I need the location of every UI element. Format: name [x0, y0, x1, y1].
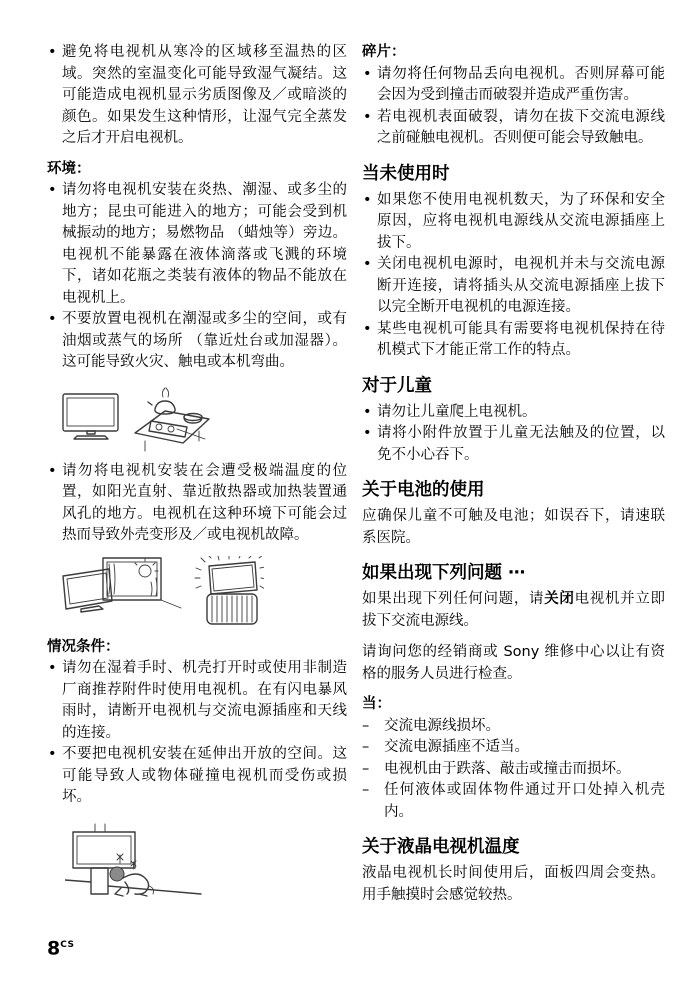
when-not-in-use-heading: 当未使用时 [362, 163, 665, 185]
when-heading: 当： [362, 694, 665, 716]
dash-item-1: 交流电源线损坏。 [362, 716, 665, 738]
battery-use-text: 应确保儿童不可触及电池；如误吞下，请速联系医院。 [362, 506, 665, 549]
page-number-value: 8 [47, 937, 60, 959]
tv-next-to-stove-illustration [59, 383, 347, 453]
bullet-condensation: 避免将电视机从寒冷的区域移至温热的区域。突然的室温变化可能导致湿气凝结。这可能造… [47, 42, 347, 150]
for-children-heading: 对于儿童 [362, 375, 665, 397]
lcd-temperature-heading: 关于液晶电视机温度 [362, 836, 665, 858]
conditions-list: 请勿在湿着手时、机壳打开时或使用非制造厂商推荐附件时使用电视机。在有闪电暴风雨时… [47, 658, 347, 809]
lcd-temperature-text: 液晶电视机长时间使用后，面板四周会变热。用手触摸时会感觉较热。 [362, 863, 665, 906]
when-list: 交流电源线损坏。 交流电源插座不适当。 电视机由于跌落、敲击或撞击而损坏。 任何… [362, 716, 665, 824]
environment-list: 请勿将电视机安装在炎热、潮湿、或多尘的地方；昆虫可能进入的地方；可能会受到机械振… [47, 180, 347, 374]
environment-heading: 环境： [47, 159, 347, 181]
for-children-list: 请勿让儿童爬上电视机。 请将小附件放置于儿童无法触及的位置，以免不小心吞下。 [362, 402, 665, 467]
problems-contact-text: 请询问您的经销商或 Sony 维修中心以让有资格的服务人员进行检查。 [362, 642, 665, 685]
bullet-conditions-2: 不要把电视机安装在延伸出开放的空间。这可能导致人或物体碰撞电视机而受伤或损坏。 [47, 744, 347, 809]
bullet-children-1: 请勿让儿童爬上电视机。 [362, 402, 665, 424]
manual-page: 避免将电视机从寒冷的区域移至温热的区域。突然的室温变化可能导致湿气凝结。这可能造… [47, 42, 665, 994]
problems-intro-bold: 关闭 [544, 591, 574, 607]
heat-list: 请勿将电视机安装在会遭受极端温度的位置，如阳光直射、靠近散热器或加热装置通风孔的… [47, 461, 347, 547]
left-column: 避免将电视机从寒冷的区域移至温热的区域。突然的室温变化可能导致湿气凝结。这可能造… [47, 42, 347, 994]
fragments-heading: 碎片： [362, 42, 665, 64]
bullet-conditions-1: 请勿在湿着手时、机壳打开时或使用非制造厂商推荐附件时使用电视机。在有闪电暴风雨时… [47, 658, 347, 744]
problems-heading: 如果出现下列问题 ⋯ [362, 562, 665, 584]
bullet-children-2: 请将小附件放置于儿童无法触及的位置，以免不小心吞下。 [362, 423, 665, 466]
battery-use-heading: 关于电池的使用 [362, 479, 665, 501]
bullet-unused-3: 某些电视机可能具有需要将电视机保持在待机模式下才能正常工作的特点。 [362, 319, 665, 362]
page-language-code: CS [60, 940, 74, 950]
tv-in-sunlight-and-on-radiator-illustration [59, 556, 347, 628]
problems-intro-text: 如果出现下列任何问题，请关闭电视机并立即拔下交流电源线。 [362, 589, 665, 632]
right-column: 碎片： 请勿将任何物品丢向电视机。否则屏幕可能会因为受到撞击而破裂并造成严重伤害… [362, 42, 665, 994]
dash-item-2: 交流电源插座不适当。 [362, 737, 665, 759]
bullet-environment-1: 请勿将电视机安装在炎热、潮湿、或多尘的地方；昆虫可能进入的地方；可能会受到机械振… [47, 180, 347, 309]
problems-intro-prefix: 如果出现下列任何问题，请 [362, 591, 544, 607]
dash-item-4: 任何液体或固体物件通过开口处掉入机壳内。 [362, 780, 665, 823]
bullet-fragments-1: 请勿将任何物品丢向电视机。否则屏幕可能会因为受到撞击而破裂并造成严重伤害。 [362, 64, 665, 107]
conditions-heading: 情况条件： [47, 637, 347, 659]
bullet-unused-2: 关闭电视机电源时，电视机并未与交流电源断开连接，请将插头从交流电源插座上拔下以完… [362, 254, 665, 319]
bullet-unused-1: 如果您不使用电视机数天，为了环保和安全原因，应将电视机电源线从交流电源插座上拔下… [362, 190, 665, 255]
bullet-fragments-2: 若电视机表面破裂，请勿在拔下交流电源线之前碰触电视机。否则便可能会导致触电。 [362, 107, 665, 150]
page-number: 8CS [47, 936, 75, 958]
condensation-list: 避免将电视机从寒冷的区域移至温热的区域。突然的室温变化可能导致湿气凝结。这可能造… [47, 42, 347, 150]
person-bumping-into-tv-illustration [65, 822, 347, 900]
bullet-environment-2: 不要放置电视机在潮湿或多尘的空间，或有油烟或蒸气的场所 （靠近灶台或加湿器）。这… [47, 309, 347, 374]
dash-item-3: 电视机由于跌落、敲击或撞击而损坏。 [362, 759, 665, 781]
fragments-list: 请勿将任何物品丢向电视机。否则屏幕可能会因为受到撞击而破裂并造成严重伤害。 若电… [362, 64, 665, 150]
bullet-heat: 请勿将电视机安装在会遭受极端温度的位置，如阳光直射、靠近散热器或加热装置通风孔的… [47, 461, 347, 547]
when-not-in-use-list: 如果您不使用电视机数天，为了环保和安全原因，应将电视机电源线从交流电源插座上拔下… [362, 190, 665, 362]
